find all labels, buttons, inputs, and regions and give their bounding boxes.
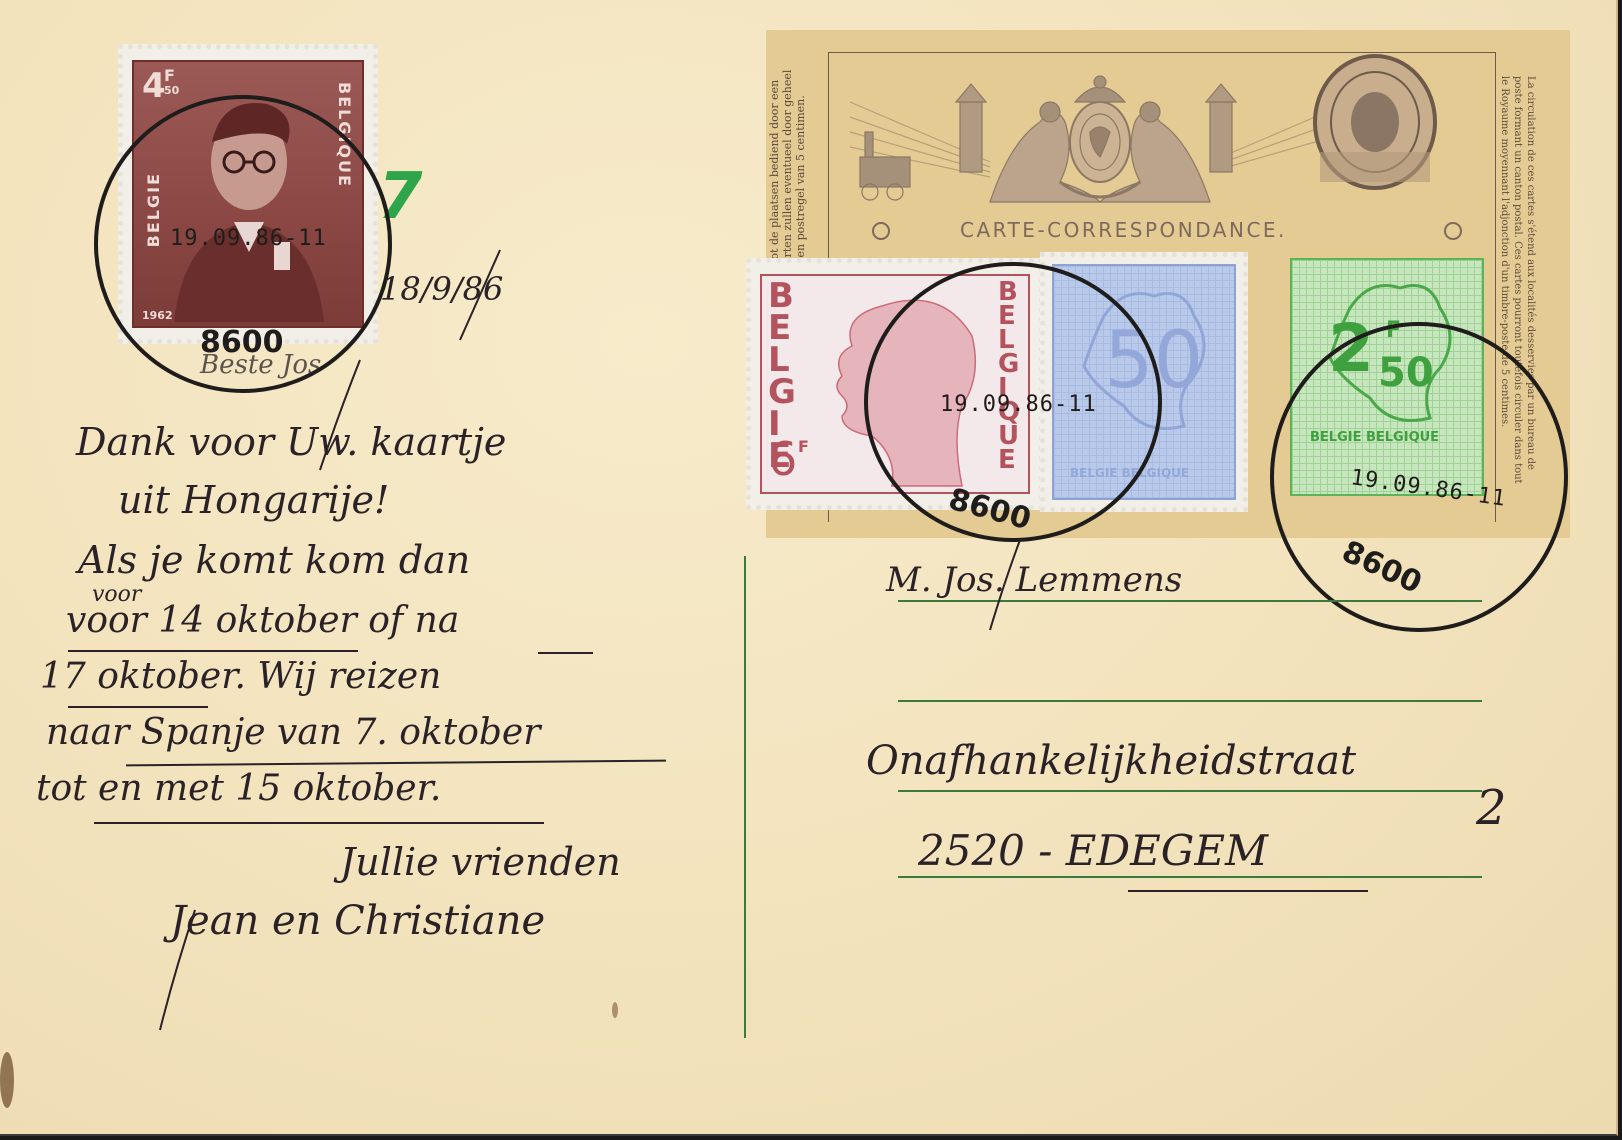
postcard: CARTE-CORRESPONDANCE. tot de plaatsen be…	[0, 0, 1618, 1136]
stamp-unit: F	[798, 437, 809, 456]
underline	[94, 822, 544, 824]
message-signature: Jean en Christiane	[170, 898, 545, 944]
underline	[126, 760, 666, 767]
stamp-cents: 50	[164, 84, 179, 97]
divider-line	[744, 556, 746, 1038]
ink-stain	[0, 1052, 14, 1108]
dutch-margin-text: tot de plaatsen bediend door een arten z…	[768, 64, 807, 264]
message-line-3: Als je komt kom dan	[78, 538, 470, 582]
address-name: M. Jos. Lemmens	[886, 560, 1182, 600]
message-line-5: 17 oktober. Wij reizen	[40, 656, 441, 697]
message-line-7: tot en met 15 oktober.	[36, 768, 441, 809]
ink-spot	[612, 1002, 618, 1018]
card-title: CARTE-CORRESPONDANCE.	[960, 218, 1287, 242]
postmark-1-date: 19.09.86-11	[170, 226, 327, 251]
underline	[68, 650, 358, 652]
address-house-number: 2	[1476, 780, 1507, 836]
rosette-right	[1444, 222, 1462, 240]
address-street: Onafhankelijkheidstraat	[866, 738, 1356, 784]
underline	[68, 706, 208, 708]
address-rule-3	[898, 790, 1482, 792]
underline	[1128, 890, 1368, 892]
address-city: 2520 - EDEGEM	[918, 826, 1268, 875]
stamp-value: 6	[768, 432, 797, 486]
message-greeting: Beste Jos	[200, 350, 321, 380]
allegorical-engraving	[840, 62, 1360, 212]
stamp-unit: F	[164, 66, 175, 85]
message-closing: Jullie vrienden	[340, 840, 621, 884]
message-line-4: voor 14 oktober of na	[66, 600, 459, 641]
royal-seal	[1310, 52, 1440, 192]
stamp-value: 4	[142, 66, 166, 106]
address-rule-2	[898, 700, 1482, 702]
message-date: 18/9/86	[380, 270, 503, 308]
postmark-2-date: 19.09.86-11	[940, 392, 1097, 417]
rosette-left	[872, 222, 890, 240]
message-line-1: Dank voor Uw. kaartje	[76, 420, 506, 464]
address-rule-4	[898, 876, 1482, 878]
underline	[538, 652, 593, 654]
message-line-2: uit Hongarije!	[118, 478, 389, 522]
message-line-6: naar Spanje van 7. oktober	[46, 712, 540, 753]
address-rule-1	[898, 600, 1482, 602]
